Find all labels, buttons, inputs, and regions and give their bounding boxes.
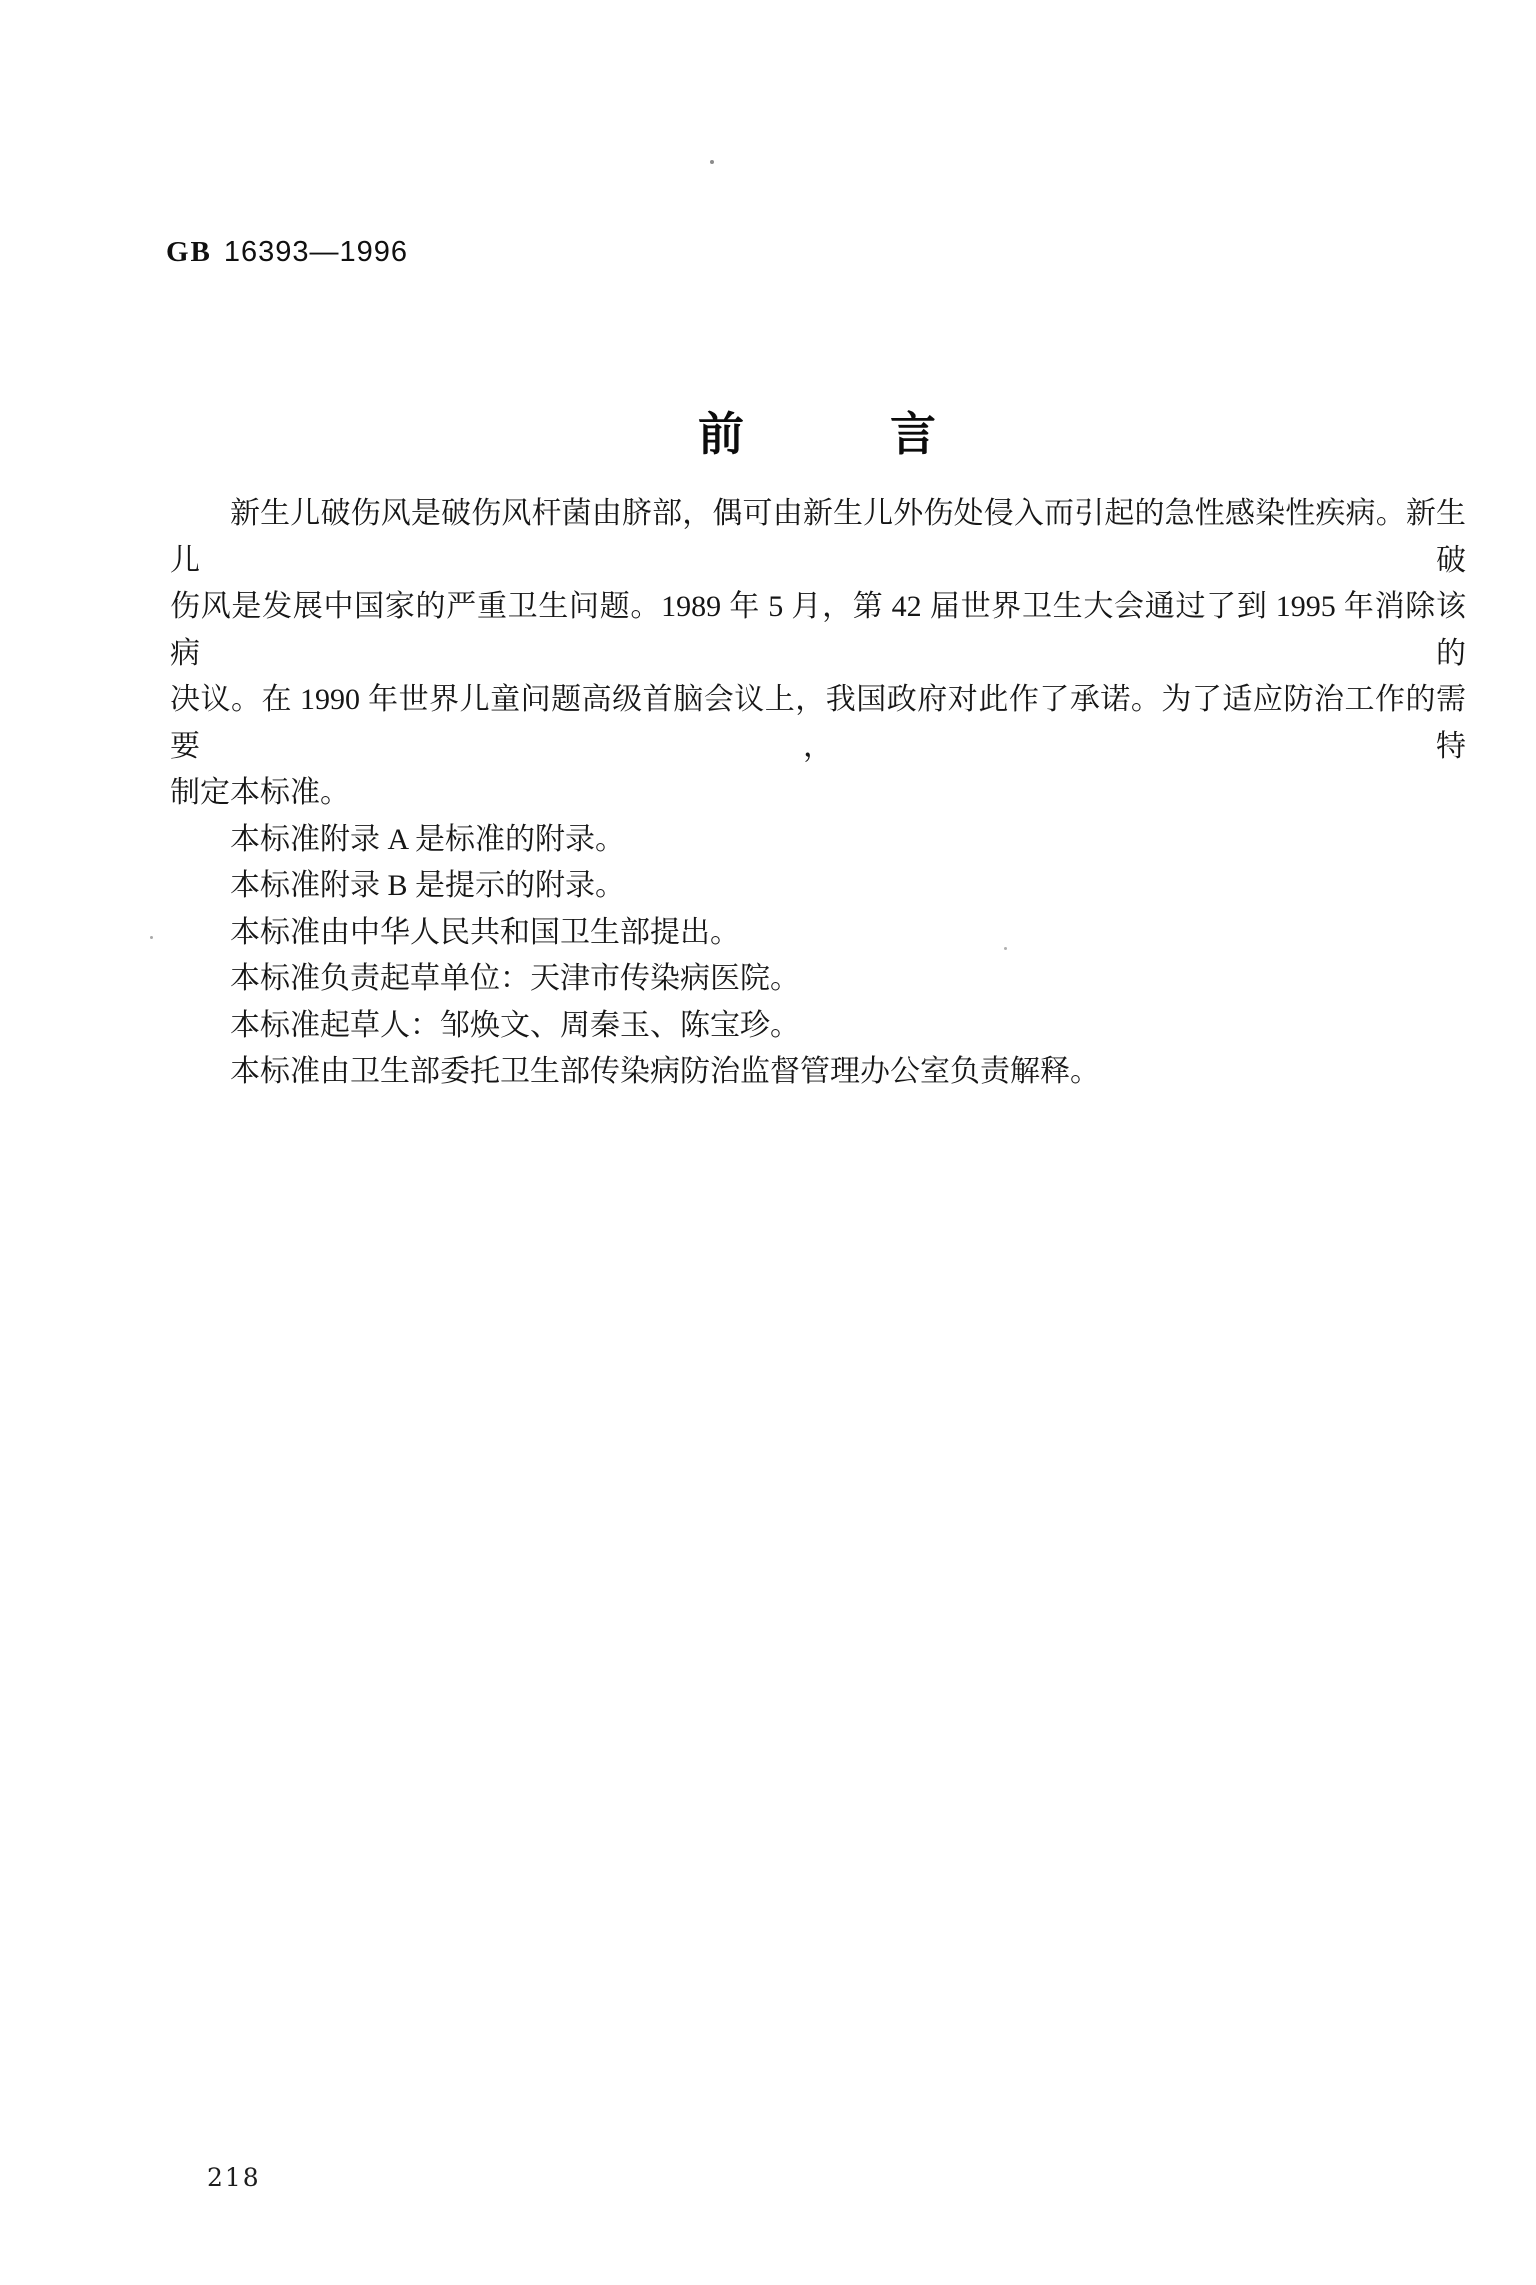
- foreword-paragraph-line: 伤风是发展中国家的严重卫生问题。1989 年 5 月，第 42 届世界卫生大会通…: [170, 584, 1466, 677]
- foreword-item: 本标准由中华人民共和国卫生部提出。: [170, 910, 1466, 957]
- scan-speck: [1004, 947, 1007, 950]
- scan-speck: [150, 936, 153, 939]
- standard-code-prefix: GB: [166, 236, 212, 268]
- scan-speck: [710, 160, 714, 164]
- page-number: 218: [207, 2163, 261, 2192]
- document-page: GB16393—1996 前 言 新生儿破伤风是破伤风杆菌由脐部，偶可由新生儿外…: [0, 0, 1536, 2285]
- foreword-section: 新生儿破伤风是破伤风杆菌由脐部，偶可由新生儿外伤处侵入而引起的急性感染性疾病。新…: [170, 491, 1466, 1096]
- standard-code: GB16393—1996: [166, 236, 408, 269]
- foreword-item: 本标准负责起草单位：天津市传染病医院。: [170, 956, 1466, 1003]
- page-title: 前 言: [170, 398, 1466, 464]
- foreword-paragraph-line: 新生儿破伤风是破伤风杆菌由脐部，偶可由新生儿外伤处侵入而引起的急性感染性疾病。新…: [170, 491, 1466, 584]
- foreword-item: 本标准起草人：邹焕文、周秦玉、陈宝珍。: [170, 1003, 1466, 1050]
- foreword-item: 本标准附录 A 是标准的附录。: [170, 817, 1466, 864]
- foreword-paragraph-line: 制定本标准。: [170, 770, 1466, 817]
- standard-code-number: 16393—1996: [224, 236, 408, 268]
- foreword-paragraph-line: 决议。在 1990 年世界儿童问题高级首脑会议上，我国政府对此作了承诺。为了适应…: [170, 677, 1466, 770]
- foreword-item: 本标准附录 B 是提示的附录。: [170, 863, 1466, 910]
- foreword-item: 本标准由卫生部委托卫生部传染病防治监督管理办公室负责解释。: [170, 1049, 1466, 1096]
